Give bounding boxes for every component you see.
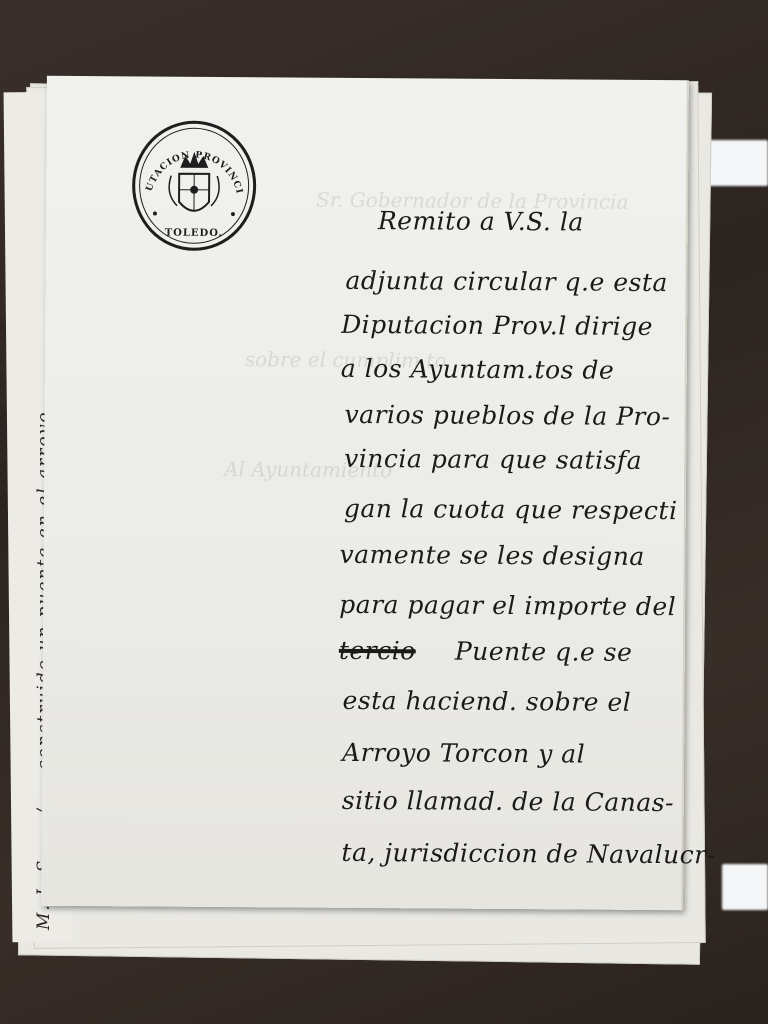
official-stamp: DIPUTACION PROVINCIAL. TOLEDO.: [132, 120, 257, 251]
handwritten-line: gan la cuota que respecti: [344, 494, 678, 525]
crowned-coat-of-arms-icon: DIPUTACION PROVINCIAL. TOLEDO.: [135, 123, 254, 248]
light-reflection: [722, 864, 768, 910]
handwritten-line: ta, jurisdiccion de Navalucr-: [341, 838, 715, 870]
handwritten-line: adjunta circular q.e esta: [345, 266, 668, 297]
light-reflection: [708, 140, 768, 186]
handwritten-line: varios pueblos de la Pro-: [344, 400, 670, 431]
handwritten-line: vincia para que satisfa: [344, 444, 642, 475]
handwritten-line: vamente se les designa: [339, 540, 644, 571]
handwritten-line: esta haciend. sobre el: [342, 686, 631, 717]
handwritten-line: a los Ayuntam.tos de: [341, 354, 615, 385]
handwritten-line: Diputacion Prov.l dirige: [341, 310, 653, 341]
svg-text:DIPUTACION PROVINCIAL.: DIPUTACION PROVINCIAL.: [135, 123, 245, 195]
handwritten-line: para pagar el importe del: [339, 590, 676, 621]
document-page: Sr. Gobernador de la Provincia sobre el …: [41, 76, 689, 910]
handwritten-line: sitio llamad. de la Canas-: [342, 786, 674, 817]
struck-out-word: tercio: [339, 636, 416, 666]
handwritten-line: Puente q.e se: [455, 637, 633, 667]
handwritten-line: Remito a V.S. la: [378, 206, 584, 236]
handwritten-line: Arroyo Torcon y al: [342, 738, 585, 769]
svg-text:TOLEDO.: TOLEDO.: [165, 228, 223, 239]
